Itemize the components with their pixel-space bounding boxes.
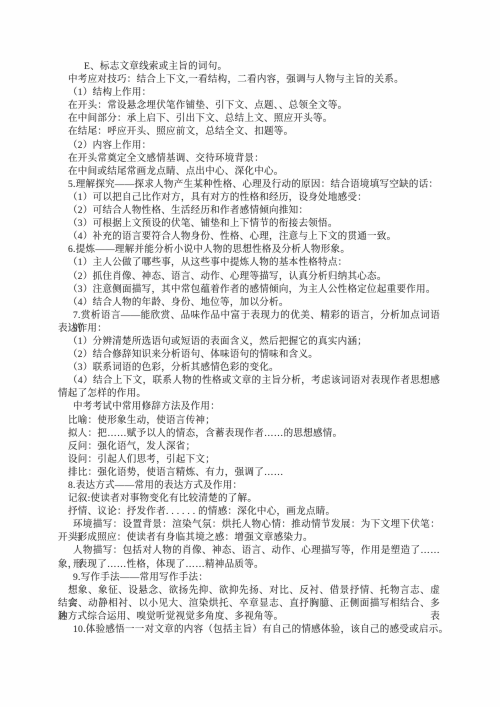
text-line: （4）结合人物的年龄、身份、地位等，加以分析。 <box>58 297 440 310</box>
text-line: 环境描写：设置背景：渲染气氛：烘托人物心情：推动情节发展：为下文埋下伏笔：与 <box>58 519 440 532</box>
text-line: E、标志文章线索或主旨的词句。 <box>58 61 440 74</box>
text-line: 情起了怎样的作用。 <box>58 388 440 401</box>
document-body: E、标志文章线索或主旨的词句。中考应对技巧：结合上下文,一看结构，二看内容，强调… <box>58 61 440 637</box>
text-line: 5.理解探究——探求人物产生某种性格、心理及行动的原因：结合语境填写空缺的话： <box>58 179 440 192</box>
text-line: （4）补充的语言要符合人物身份、性格、心理，注意与上下文的贯通一致。 <box>58 231 440 244</box>
text-line: 想象、象征、设悬念、欲扬先抑、欲抑先扬、对比、反衬、借景抒情、托物言志、虚实 <box>58 585 440 598</box>
text-line: 在结尾：呼应开头、照应前文，总结全文、扣题等。 <box>58 126 440 139</box>
text-line: 在开头：常设悬念埋伏笔作铺垫、引下文、点题、、总领全文等。 <box>58 100 440 113</box>
text-line: （1）主人公做了哪些事，从这些事中提炼人物的基本性格特点： <box>58 257 440 270</box>
text-line: 中考考试中常用修辞方法及作用： <box>58 401 440 414</box>
text-line: 结合、动静相衬、以小见大、渲染烘托、卒章显志、直抒胸臆、正侧面描写相结合、多种表 <box>58 598 440 611</box>
text-line: 拟人：把……赋予以人的情态，含蓄表现作者……的思想感情。 <box>58 428 440 441</box>
text-line: 设问：引起人们思考，引起下文； <box>58 454 440 467</box>
text-line: 10.体验感悟一一对文章的内容（包括主旨）有自己的情感体验，该自己的感受或启示。 <box>58 624 440 637</box>
text-line: （1）可以把自己比作对方，具有对方的性格和经历，设身处地感受： <box>58 192 440 205</box>
text-line: （2）抓住肖像、神态、语言、动作、心理等描写，认真分析归纳其心态。 <box>58 271 440 284</box>
text-line: 象，表现了……性格，体现了……精神品质等。 <box>58 559 440 572</box>
text-line: 人物描写：包括对人物的肖像、神态、语言、动作、心理描写等，作用是塑造了……形 <box>58 545 440 558</box>
text-line: （2）结合修辞知识来分析语句、体味语句的情味和含义。 <box>58 349 440 362</box>
text-line: 9.写作手法——常用写作手法： <box>58 572 440 585</box>
text-line: 在开头常奠定全文感情基调、交待环境背景： <box>58 153 440 166</box>
text-line: 开头形成照应：使读者有身临其境之感：增强文章感染力。 <box>58 532 440 545</box>
text-line: 在中间部分：承上启下、引出下文、总结上文、照应开头等。 <box>58 113 440 126</box>
text-line: （2）内容上作用： <box>58 140 440 153</box>
text-line: 7.赏析语言——能欣赏、品味作品中富于表现力的优美、精彩的语言，分析加点词语的 <box>58 310 440 323</box>
text-line: （2）可结合人物性格、生活经历和作者感情倾向推知： <box>58 205 440 218</box>
text-line: 6.提炼——理解并能分析小说中人物的思想性格及分析人物形象。 <box>58 244 440 257</box>
text-line: （1）分辨清楚所选语句或短语的表面含义，然后把握它的真实内涵； <box>58 336 440 349</box>
text-line: 中考应对技巧：结合上下文,一看结构，二看内容，强调与人物与主旨的关系。 <box>58 74 440 87</box>
text-line: 表达作用： <box>58 323 440 336</box>
text-line: 在中间或结尾常画龙点睛、点出中心、深化中心。 <box>58 166 440 179</box>
text-line: （3）可根据上文预设的伏笔、铺垫和上下情节的衔接去领悟。 <box>58 218 440 231</box>
text-line: （4）结合上下文，联系人物的性格或文章的主旨分析，考虑该词语对表现作者思想感 <box>58 375 440 388</box>
text-line: 反问：强化语气，发人深省； <box>58 441 440 454</box>
text-line: 记叙:使读者对事物变化有比较清楚的了解。 <box>58 493 440 506</box>
text-line: （1）结构上作用： <box>58 87 440 100</box>
text-line: （3）注意侧面描写，其中常包蕴着作者的感情倾向，为主人公性格定位起重要作用。 <box>58 284 440 297</box>
text-line: （3）联系词语的色彩，分析其感情色彩的变化。 <box>58 362 440 375</box>
text-line: 8.表达方式——常用的表达方式及作用： <box>58 480 440 493</box>
text-line: 比喻：使形象生动，使语言传神； <box>58 415 440 428</box>
text-line: 排比：强化语势，使语言精炼、有力，强调了…… <box>58 467 440 480</box>
text-line: 抒情、议论：抒发作者. . . . . . 的情感：深化中心，画龙点睛。 <box>58 506 440 519</box>
document-page: E、标志文章线索或主旨的词句。中考应对技巧：结合上下文,一看结构，二看内容，强调… <box>0 0 500 707</box>
